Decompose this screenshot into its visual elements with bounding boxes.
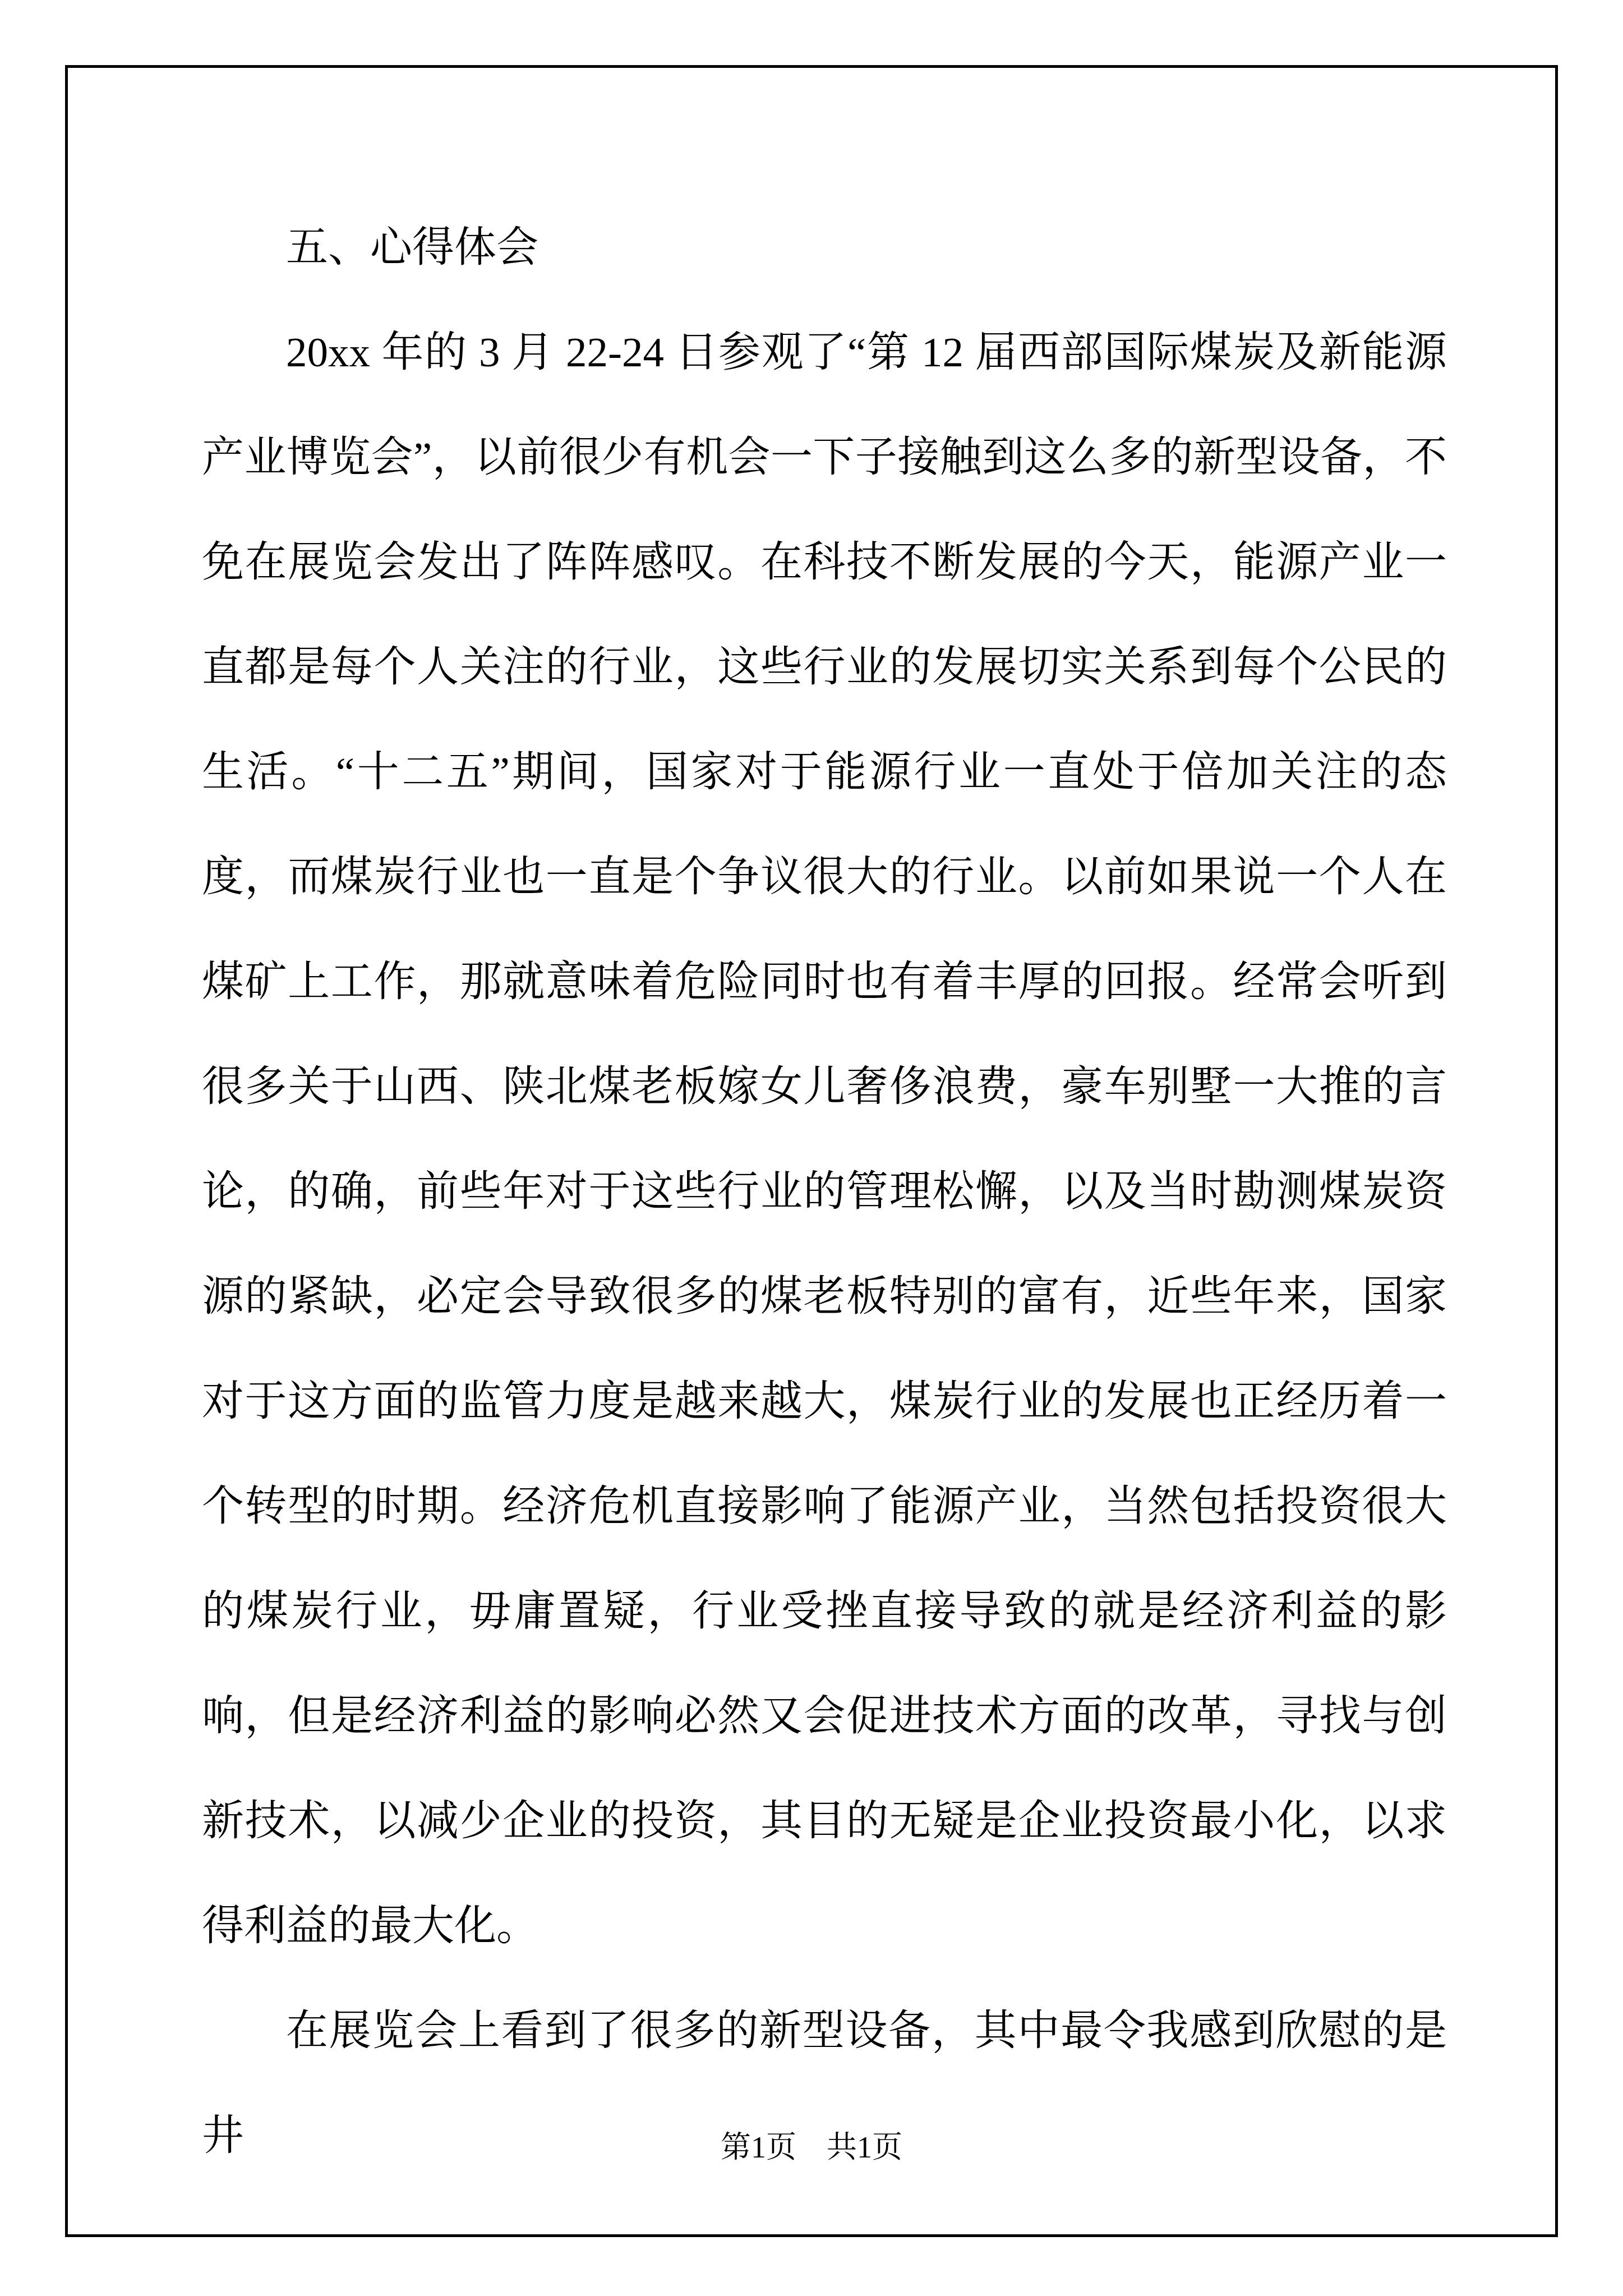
page-number-label: 第1页 — [721, 2131, 796, 2164]
total-pages-label: 共1页 — [827, 2131, 902, 2164]
document-page: 五、心得体会 20xx 年的 3 月 22-24 日参观了“第 12 届西部国际… — [0, 0, 1623, 2296]
body-paragraph-1: 20xx 年的 3 月 22-24 日参观了“第 12 届西部国际煤炭及新能源产… — [202, 300, 1447, 1978]
section-heading: 五、心得体会 — [202, 195, 1447, 300]
page-footer: 第1页共1页 — [0, 2129, 1623, 2166]
document-content: 五、心得体会 20xx 年的 3 月 22-24 日参观了“第 12 届西部国际… — [202, 195, 1447, 2188]
